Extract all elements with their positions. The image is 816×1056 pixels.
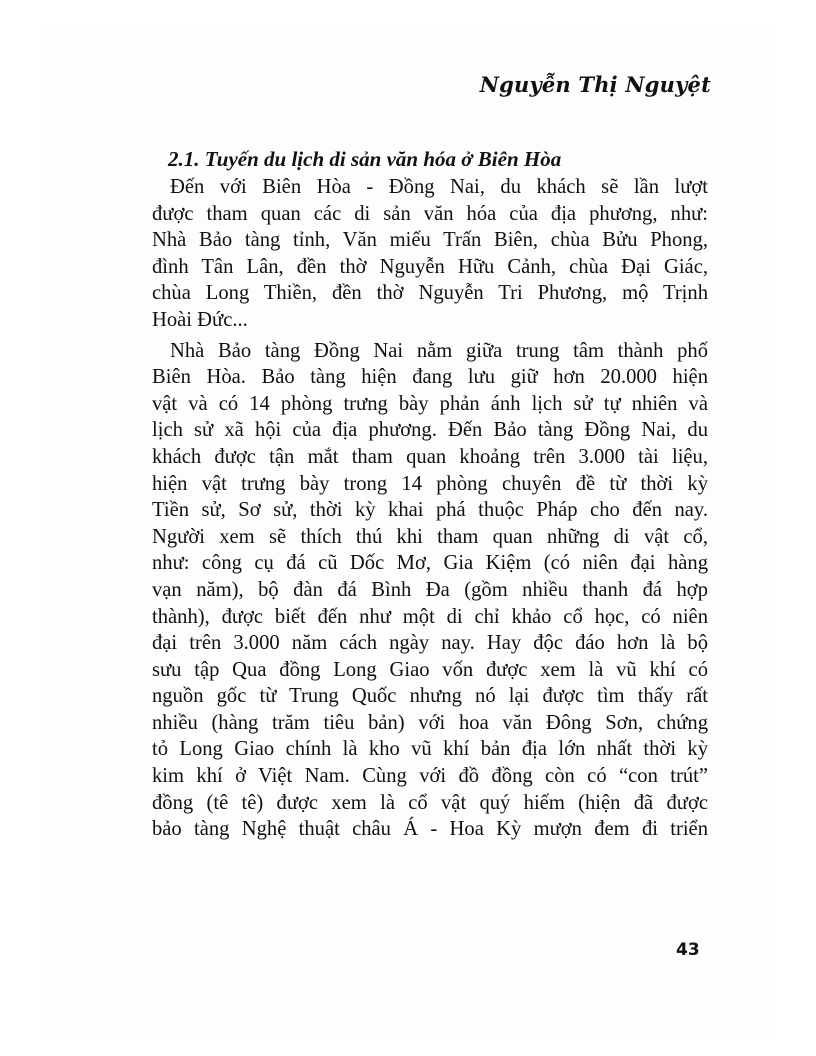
text-line: vật và có 14 phòng trưng bày phản ánh lị… bbox=[152, 391, 708, 418]
text-line: kim khí ở Việt Nam. Cùng với đồ đồng còn… bbox=[152, 763, 708, 790]
page-number: 43 bbox=[676, 940, 700, 960]
text-line: Tiền sử, Sơ sử, thời kỳ khai phá thuộc P… bbox=[152, 497, 708, 524]
text-line: Nhà Bảo tàng tỉnh, Văn miếu Trấn Biên, c… bbox=[152, 227, 708, 254]
text-line: Hoài Đức... bbox=[152, 307, 708, 334]
text-line: Nhà Bảo tàng Đồng Nai nằm giữa trung tâm… bbox=[152, 338, 708, 365]
paragraph-2: Nhà Bảo tàng Đồng Nai nằm giữa trung tâm… bbox=[152, 338, 708, 843]
text-line: được tham quan các di sản văn hóa của đị… bbox=[152, 201, 708, 228]
text-line: thành), được biết đến như một di chỉ khả… bbox=[152, 604, 708, 631]
text-line: Người xem sẽ thích thú khi tham quan nhữ… bbox=[152, 524, 708, 551]
text-line: nhiều (hàng trăm tiêu bản) với hoa văn Đ… bbox=[152, 710, 708, 737]
text-line: đình Tân Lân, đền thờ Nguyễn Hữu Cảnh, c… bbox=[152, 254, 708, 281]
running-header-author: Nguyễn Thị Nguyệt bbox=[466, 72, 711, 97]
text-line: hiện vật trưng bày trong 14 phòng chuyên… bbox=[152, 471, 708, 498]
text-line: Đến với Biên Hòa - Đồng Nai, du khách sẽ… bbox=[152, 174, 708, 201]
text-line: tỏ Long Giao chính là kho vũ khí bản địa… bbox=[152, 736, 708, 763]
text-line: như: công cụ đá cũ Dốc Mơ, Gia Kiệm (có … bbox=[152, 550, 708, 577]
paragraph-1: Đến với Biên Hòa - Đồng Nai, du khách sẽ… bbox=[152, 174, 708, 334]
text-line: khách được tận mắt tham quan khoảng trên… bbox=[152, 444, 708, 471]
text-line: chùa Long Thiền, đền thờ Nguyễn Tri Phươ… bbox=[152, 280, 708, 307]
page-body: 2.1. Tuyến du lịch di sản văn hóa ở Biên… bbox=[152, 144, 708, 843]
text-line: nguồn gốc từ Trung Quốc nhưng nó lại đượ… bbox=[152, 683, 708, 710]
text-line: vạn năm), bộ đàn đá Bình Đa (gồm nhiều t… bbox=[152, 577, 708, 604]
text-line: lịch sử xã hội của địa phương. Đến Bảo t… bbox=[152, 417, 708, 444]
text-line: bảo tàng Nghệ thuật châu Á - Hoa Kỳ mượn… bbox=[152, 816, 708, 843]
text-line: đại trên 3.000 năm cách ngày nay. Hay độ… bbox=[152, 630, 708, 657]
text-line: Biên Hòa. Bảo tàng hiện đang lưu giữ hơn… bbox=[152, 364, 708, 391]
text-line: sưu tập Qua đồng Long Giao vốn được xem … bbox=[152, 657, 708, 684]
text-line: đồng (tê tê) được xem là cổ vật quý hiếm… bbox=[152, 790, 708, 817]
section-heading: 2.1. Tuyến du lịch di sản văn hóa ở Biên… bbox=[152, 144, 708, 174]
